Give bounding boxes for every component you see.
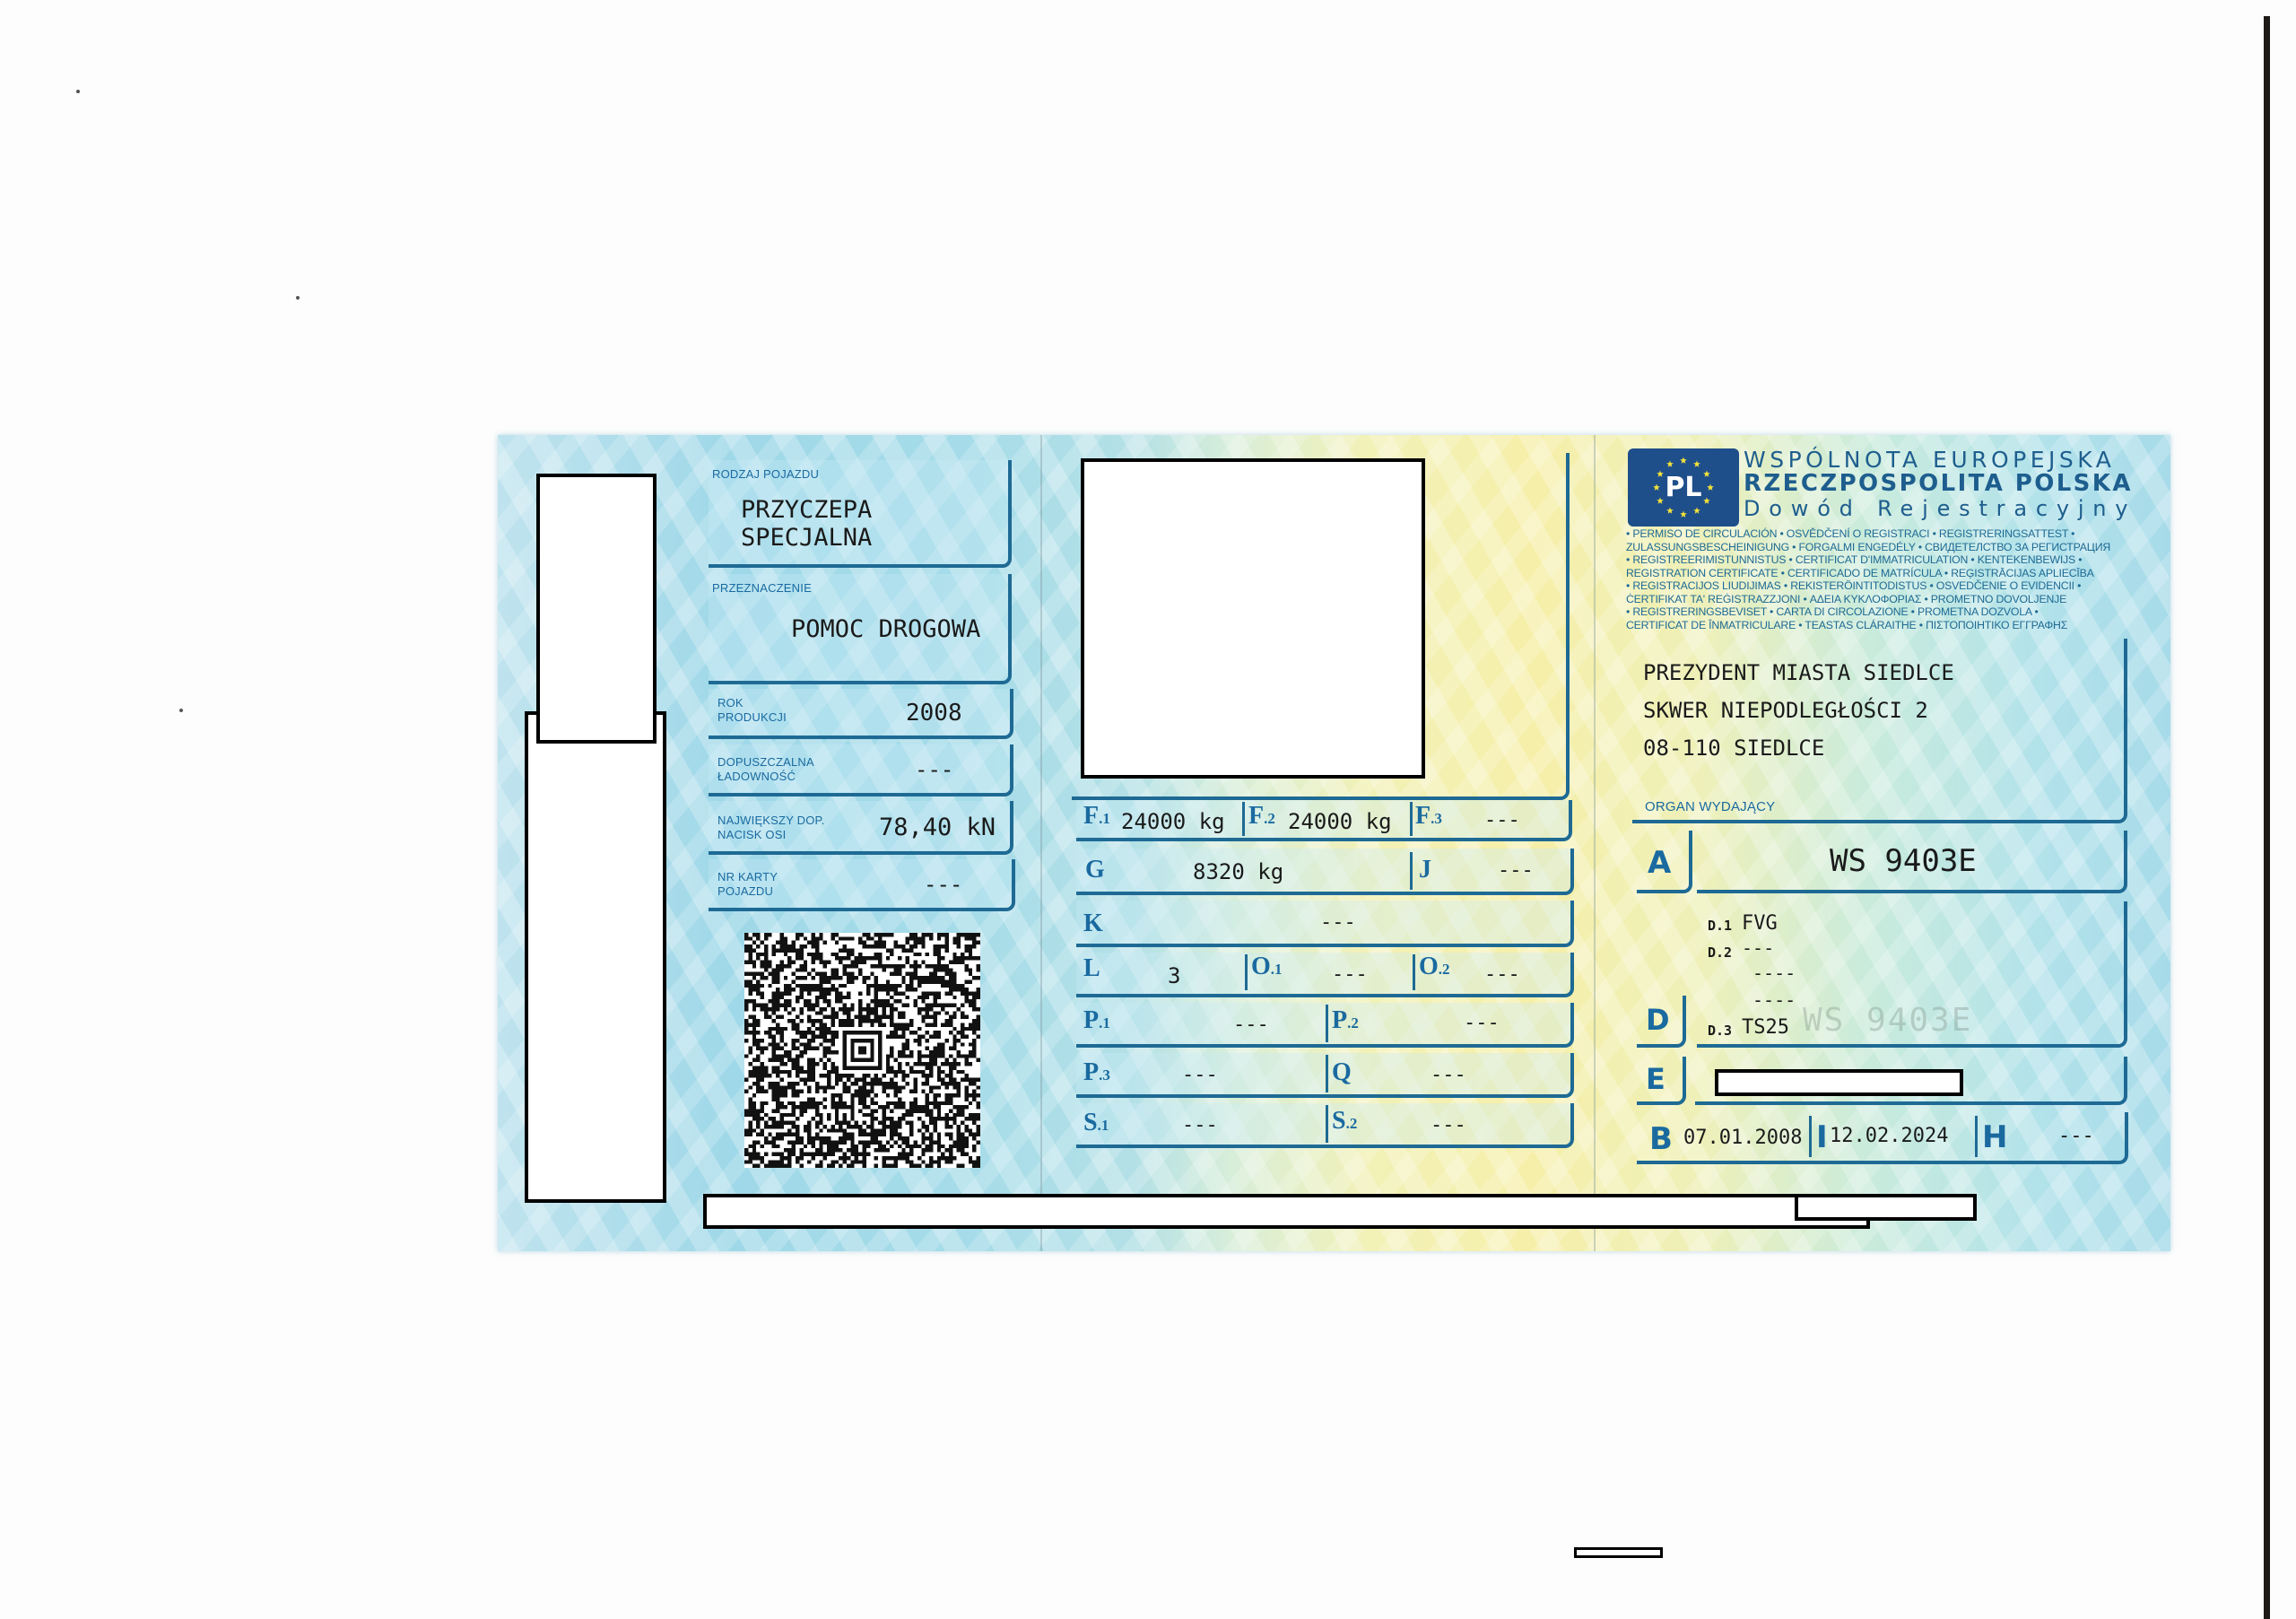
redaction-box-vin [1715,1069,1963,1096]
field-a-registration-number: WS 9403E [1697,831,2127,893]
label: PRODUKCJI [717,710,787,724]
label: NACISK OSI [717,828,786,841]
issuer-line2: SKWER NIEPODLEGŁOŚCI 2 [1643,698,1928,723]
redaction-box-mrz [703,1194,1870,1229]
header-wspolnota: WSPÓLNOTA EUROPEJSKA [1744,447,2115,473]
value: POMOC DROGOWA [791,615,980,643]
code-p2: P.2 [1332,1006,1359,1035]
issuer-line1: PREZYDENT MIASTA SIEDLCE [1643,660,1954,685]
code-p1: P.1 [1083,1006,1110,1035]
watermark: WS 9403E [1803,1002,1972,1039]
value-p3: --- [1182,1064,1218,1086]
code-box-e: E [1637,1057,1686,1105]
code-box-d: D [1637,996,1686,1048]
value-q: --- [1431,1064,1466,1086]
divider [1326,1055,1328,1092]
label: NAJWIĘKSZY DOP. [717,814,825,827]
value: 2008 [906,700,962,727]
value-h: --- [2058,1125,2094,1147]
scan-speck [179,709,183,712]
code-h: H [1982,1119,2007,1155]
scan-speck [76,90,80,93]
code-i: I [1816,1119,1828,1155]
row-s1-s2: S.1 --- S.2 --- [1076,1103,1574,1148]
value-o1: --- [1332,963,1368,986]
label: RODZAJ POJAZDU [712,467,819,481]
value-j: --- [1498,859,1534,882]
divider [1410,802,1413,836]
code-s1: S.1 [1083,1109,1109,1137]
label: DOPUSZCZALNA [717,755,814,769]
code-f2: F.2 [1248,802,1275,831]
row-k: K --- [1076,901,1574,947]
value-p2: --- [1464,1012,1500,1034]
multilingual-titles: • PERMISO DE CIRCULACIÓN • OSVĚDČENÍ O R… [1626,527,2128,631]
value-f3: --- [1484,809,1520,831]
divider [1326,1105,1328,1143]
scan-edge-line [2264,16,2270,1619]
value-i: 12.02.2024 [1830,1125,1948,1147]
code-f1: F.1 [1083,802,1110,831]
fold-line [1594,435,1596,1251]
fold-line [1040,435,1042,1251]
redaction-box [536,474,657,744]
divider [1326,1005,1328,1042]
value-f1: 24000 kg [1121,809,1225,834]
redaction-box [1795,1194,1977,1221]
field-najwiekszy-nacisk-osi: NAJWIĘKSZY DOP. NACISK OSI 78,40 kN [709,801,1013,855]
value-d2: --- [1742,937,1774,959]
row-b-i-h: B 07.01.2008 I 12.02.2024 H --- [1637,1112,2128,1164]
divider [1975,1116,1978,1157]
redaction-box [525,711,666,1203]
redaction-box [1574,1547,1663,1558]
field-rodzaj-pojazdu: RODZAJ POJAZDU PRZYCZEPA SPECJALNA [709,460,1012,568]
divider [1242,802,1245,836]
value-s1: --- [1182,1114,1218,1136]
divider [1245,954,1248,990]
value-l: 3 [1168,963,1180,988]
code-p3: P.3 [1083,1058,1110,1087]
value-d3: TS25 [1742,1016,1789,1039]
aztec-barcode [744,933,980,1168]
value-p1: --- [1233,1014,1269,1036]
value-o2: --- [1484,963,1520,986]
field-dopuszczalna-ladownosc: DOPUSZCZALNA ŁADOWNOŚĆ --- [709,744,1013,796]
code-q: Q [1332,1058,1352,1087]
value-d1: FVG [1742,912,1778,935]
code-j: J [1419,856,1431,884]
code-l: L [1083,954,1100,983]
value: --- [915,757,953,782]
row-p1-p2: P.1 --- P.2 --- [1076,1003,1574,1048]
row-g-j: G 8320 kg J --- [1076,849,1574,895]
value-k: --- [1320,911,1356,934]
code-s2: S.2 [1332,1107,1357,1136]
field-przeznaczenie: PRZEZNACZENIE POMOC DROGOWA [709,574,1012,684]
scan-speck [296,296,300,300]
code-b: B [1649,1121,1673,1157]
label: NR KARTY [717,870,778,883]
divider [1809,1116,1812,1157]
field-issuer: PREZYDENT MIASTA SIEDLCE SKWER NIEPODLEG… [1632,639,2127,823]
redaction-box-photo [1081,458,1425,779]
eu-flag-icon: PL [1628,448,1739,527]
value-s2: --- [1431,1114,1466,1136]
issuer-line3: 08-110 SIEDLCE [1643,736,1824,761]
row-l-o: L 3 O.1 --- O.2 --- [1076,953,1574,997]
divider [1410,852,1413,890]
code-k: K [1083,910,1103,938]
code-f3: F.3 [1415,802,1442,831]
code-g: G [1085,856,1105,884]
divider [1413,954,1415,990]
value: 78,40 kN [879,814,996,841]
value: PRZYCZEPA SPECJALNA [741,496,1008,552]
value-g: 8320 kg [1193,859,1283,884]
row-f: F.1 24000 kg F.2 24000 kg F.3 --- [1076,800,1572,841]
header-dowod: Dowód Rejestracyjny [1744,496,2136,521]
value-b: 07.01.2008 [1683,1127,1802,1149]
code-o1: O.1 [1251,953,1283,981]
label: ROK [717,696,744,709]
value-f2: 24000 kg [1288,809,1392,834]
label: PRZEZNACZENIE [712,581,812,595]
value-a: WS 9403E [1830,843,1977,879]
field-d: D.1 FVG D.2 --- ---- ---- D.3 WS 9403E T… [1697,901,2127,1048]
issuer-label: ORGAN WYDAJĄCY [1645,800,1775,814]
header-rzeczpospolita: RZECZPOSPOLITA POLSKA [1744,470,2133,497]
field-rok-produkcji: ROK PRODUKCJI 2008 [709,689,1013,739]
code-o2: O.2 [1419,953,1450,981]
row-p3-q: P.3 --- Q --- [1076,1053,1574,1098]
value: --- [924,872,962,897]
label: ŁADOWNOŚĆ [717,770,796,783]
label: POJAZDU [717,884,773,898]
code-box-a: A [1637,831,1692,893]
field-nr-karty-pojazdu: NR KARTY POJAZDU --- [709,859,1015,911]
